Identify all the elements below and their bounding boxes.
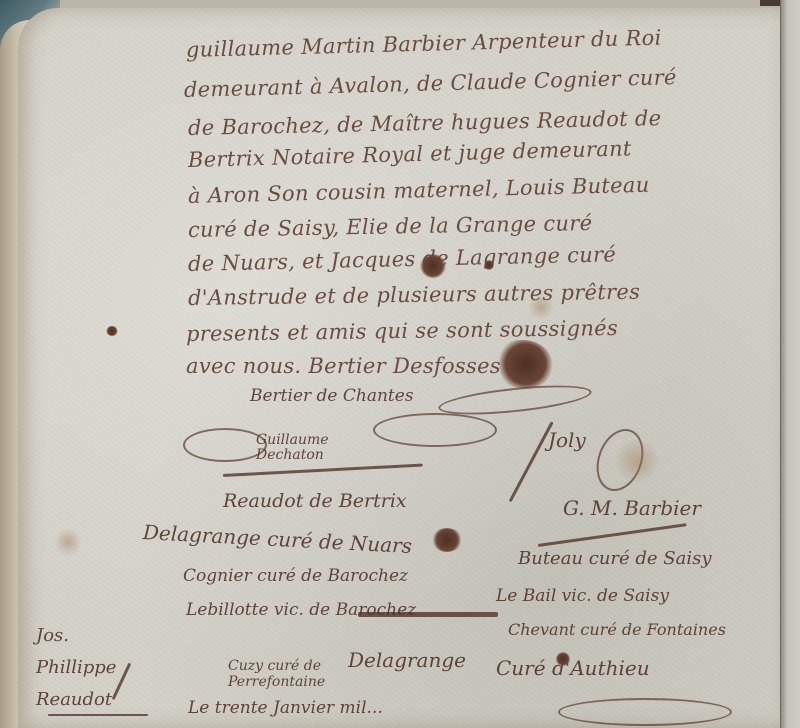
ink-blot — [106, 326, 118, 336]
text-line-5: à Aron Son cousin maternel, Louis Buteau — [188, 173, 650, 208]
signature-underline — [223, 464, 423, 477]
register-page: guillaume Martin Barbier Arpenteur du Ro… — [18, 8, 780, 728]
age-spot — [526, 296, 556, 318]
signature-cuzy: Cuzy curé de Perrefontaine — [228, 658, 348, 690]
text-line-2: demeurant à Avalon, de Claude Cognier cu… — [184, 65, 677, 102]
signature-flourish — [373, 413, 497, 447]
adjacent-page-edge — [780, 0, 800, 728]
signature-strike — [358, 612, 498, 617]
text-line-6: curé de Saisy, Elie de la Grange curé — [188, 211, 593, 242]
text-line-3: de Barochez, de Maître hugues Reaudot de — [188, 106, 662, 140]
signature-buteau: Buteau curé de Saisy — [518, 548, 712, 569]
age-spot — [614, 438, 660, 484]
text-line-9: presents et amis qui se sont soussignés — [186, 316, 618, 346]
signature-underline — [48, 714, 148, 716]
signature-barbier: G. M. Barbier — [563, 496, 701, 520]
signature-delagrange: Delagrange — [348, 648, 466, 672]
ink-blot — [484, 260, 494, 270]
signature-strike — [538, 523, 687, 547]
signature-flourish — [558, 698, 732, 726]
signature-cure-authieu: Curé d'Authieu — [496, 656, 650, 680]
next-entry-start: Le trente Janvier mil... — [188, 698, 383, 718]
signature-stroke — [509, 421, 554, 502]
signature-le-bail: Le Bail vic. de Saisy — [496, 586, 669, 606]
signature-cognier: Cognier curé de Barochez — [183, 566, 408, 586]
text-line-10: avec nous. Bertier Desfosses — [186, 354, 501, 378]
ink-blot — [556, 652, 570, 666]
ink-blot — [432, 528, 462, 552]
ink-blot — [420, 254, 446, 278]
age-spot — [54, 528, 82, 556]
text-line-7: de Nuars, et Jacques de Lagrange curé — [188, 242, 617, 276]
signature-delagrange-nuars: Delagrange curé de Nuars — [142, 520, 412, 558]
text-line-1: guillaume Martin Barbier Arpenteur du Ro… — [186, 26, 662, 62]
signature-bertier: Bertier de Chantes — [250, 386, 414, 406]
signature-dechaton: Guillaume Dechaton — [256, 433, 366, 463]
ink-blot — [498, 340, 553, 388]
signature-chevant: Chevant curé de Fontaines — [508, 620, 726, 639]
signature-reaudot-de-bertrix: Reaudot de Bertrix — [223, 490, 407, 512]
text-line-4: Bertrix Notaire Royal et juge demeurant — [188, 136, 632, 172]
signature-phillippe-reaudot: Jos. Phillippe Reaudot — [36, 620, 146, 716]
text-line-8: d'Anstrude et de plusieurs autres prêtre… — [188, 280, 641, 310]
signature-joly: Joly — [548, 428, 586, 452]
signature-flourish — [183, 428, 267, 462]
signature-lebillotte: Lebillotte vic. de Barochez — [186, 600, 416, 620]
